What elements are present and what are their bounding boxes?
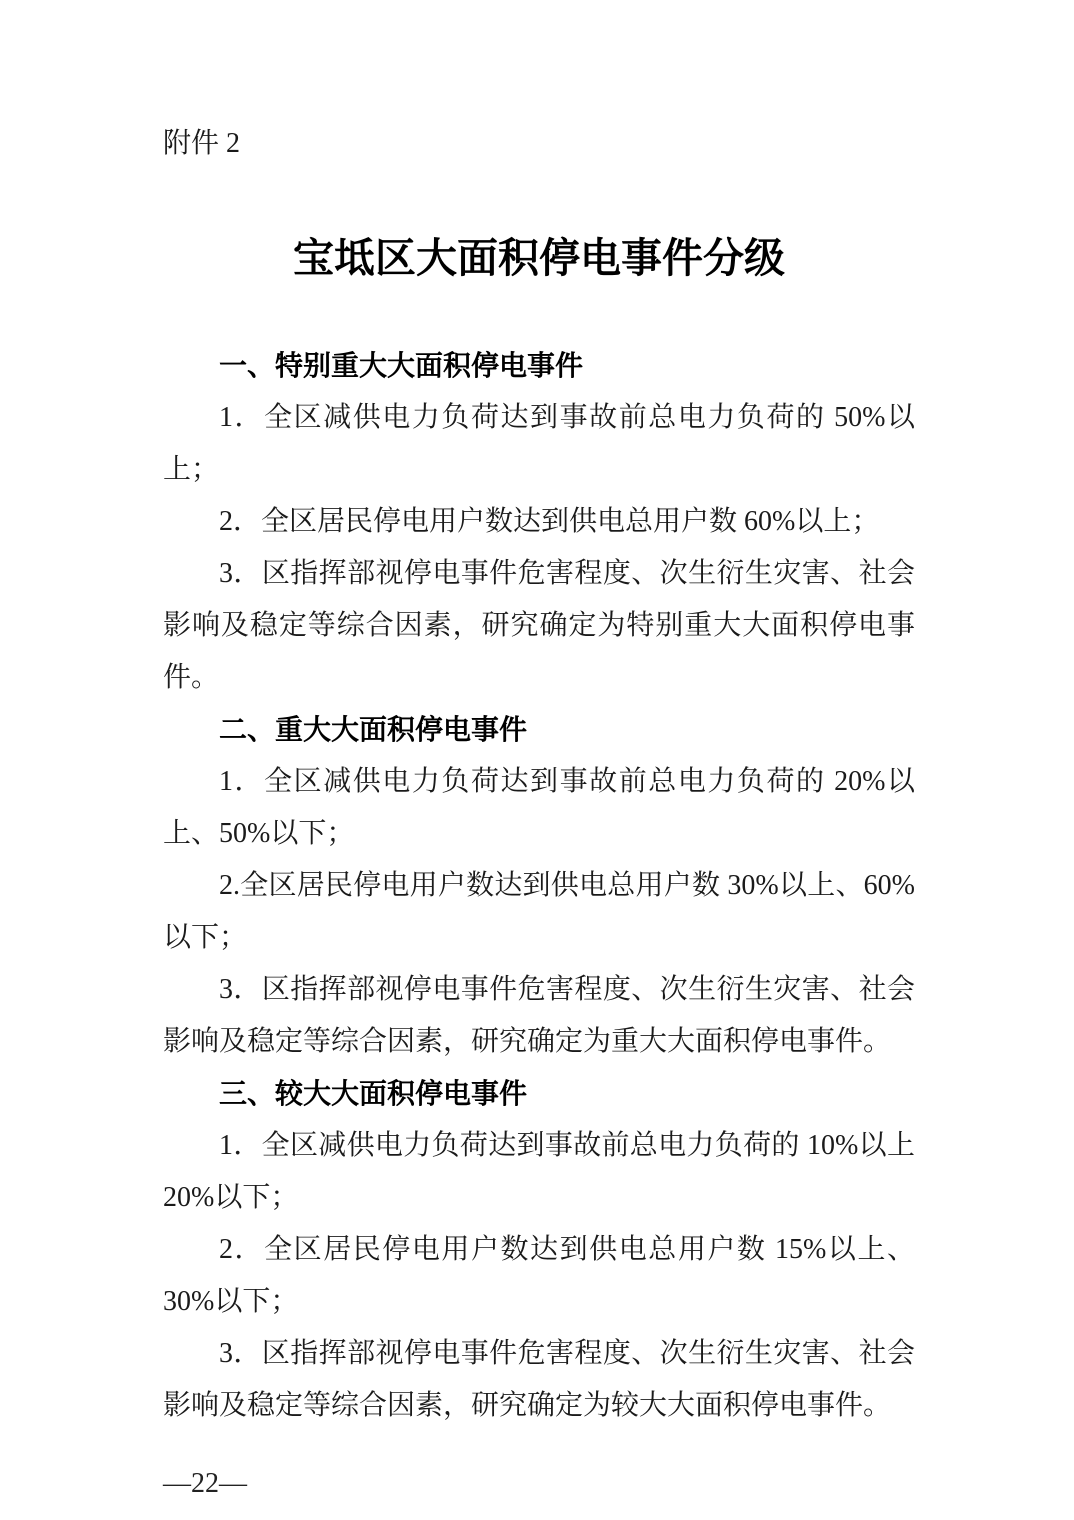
list-item: 1．全区减供电力负荷达到事故前总电力负荷的 20%以上、50%以下；: [163, 756, 915, 860]
document-body: 一、特别重大大面积停电事件 1．全区减供电力负荷达到事故前总电力负荷的 50%以…: [163, 340, 915, 1432]
list-item: 2．全区居民停电用户数达到供电总用户数 60%以上；: [163, 496, 915, 548]
section-heading-2: 二、重大大面积停电事件: [163, 704, 915, 756]
list-item: 1．全区减供电力负荷达到事故前总电力负荷的 10%以上 20%以下；: [163, 1120, 915, 1224]
list-item: 2.全区居民停电用户数达到供电总用户数 30%以上、60%以下；: [163, 860, 915, 964]
attachment-label: 附件 2: [163, 120, 915, 168]
page-title: 宝坻区大面积停电事件分级: [163, 230, 915, 286]
section-heading-1: 一、特别重大大面积停电事件: [163, 340, 915, 392]
list-item: 1．全区减供电力负荷达到事故前总电力负荷的 50%以上；: [163, 392, 915, 496]
document-page: 附件 2 宝坻区大面积停电事件分级 一、特别重大大面积停电事件 1．全区减供电力…: [0, 0, 1074, 1520]
page-number: —22—: [163, 1464, 915, 1504]
list-item: 3．区指挥部视停电事件危害程度、次生衍生灾害、社会影响及稳定等综合因素，研究确定…: [163, 964, 915, 1068]
section-heading-3: 三、较大大面积停电事件: [163, 1068, 915, 1120]
list-item: 3．区指挥部视停电事件危害程度、次生衍生灾害、社会影响及稳定等综合因素，研究确定…: [163, 1328, 915, 1432]
list-item: 3．区指挥部视停电事件危害程度、次生衍生灾害、社会影响及稳定等综合因素，研究确定…: [163, 548, 915, 704]
list-item: 2．全区居民停电用户数达到供电总用户数 15%以上、30%以下；: [163, 1224, 915, 1328]
